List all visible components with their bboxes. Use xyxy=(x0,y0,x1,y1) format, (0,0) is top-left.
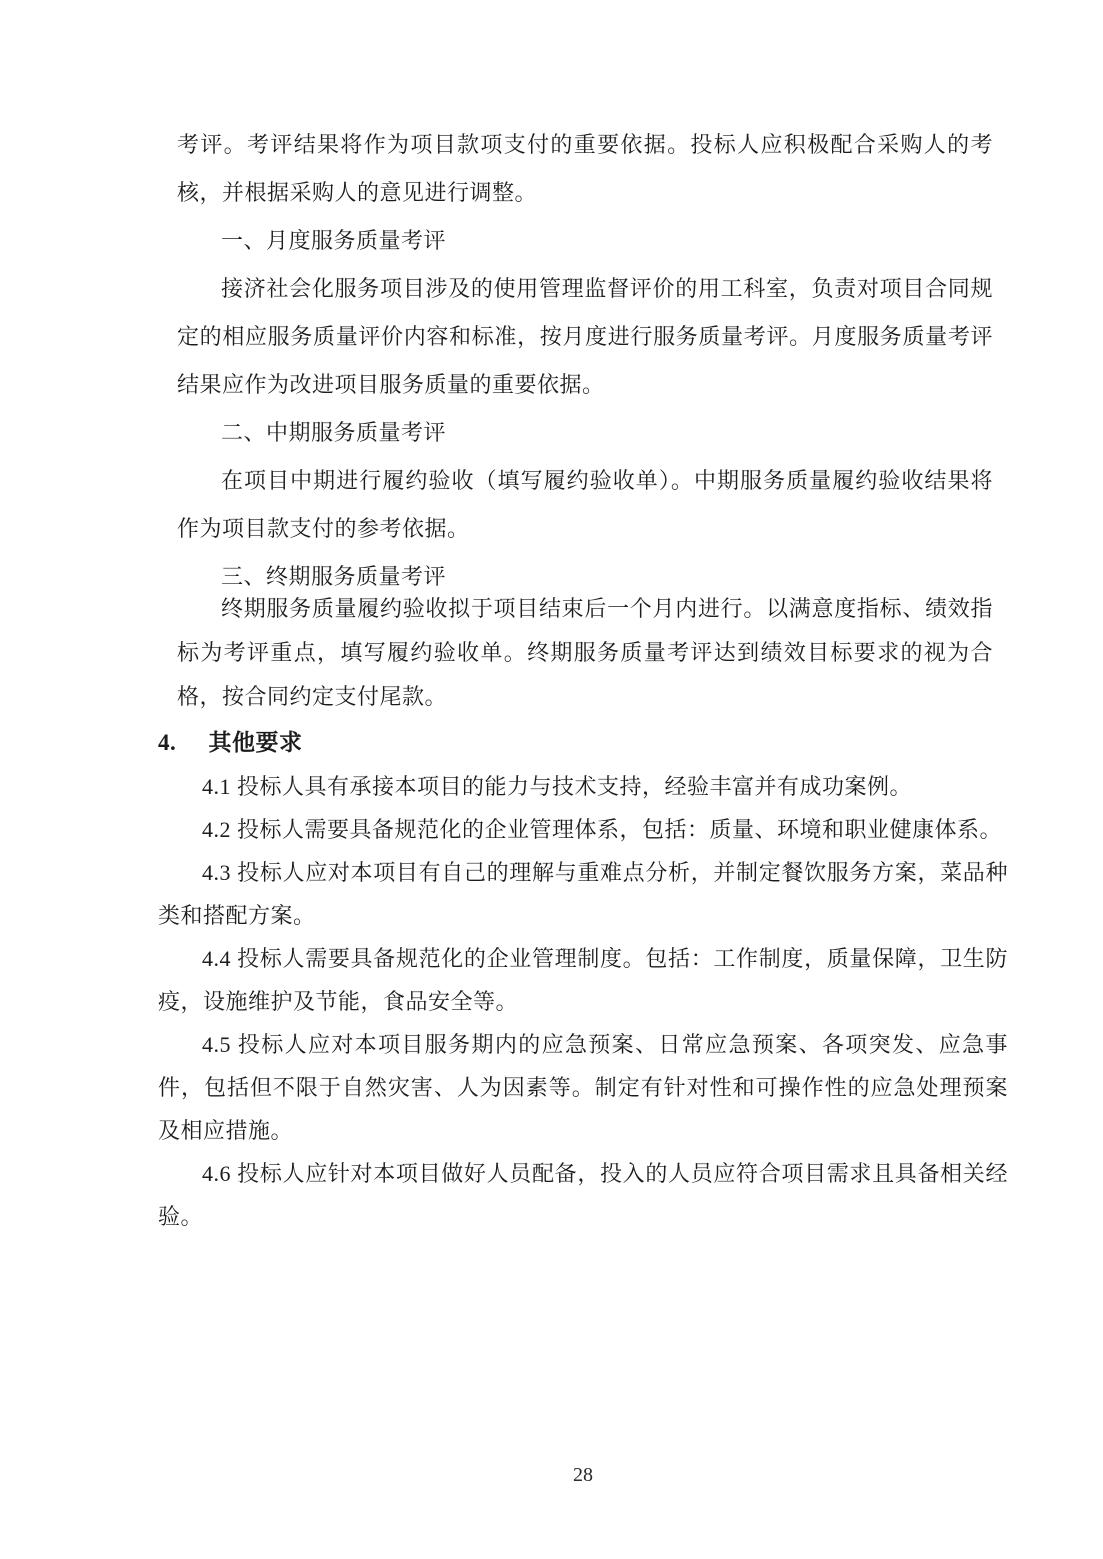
requirement-item-4-5: 4.5 投标人应对本项目服务期内的应急预案、日常应急预案、各项突发、应急事件，包… xyxy=(158,1023,1008,1152)
section-heading: 4. 其他要求 xyxy=(158,721,1008,765)
requirement-item-4-6: 4.6 投标人应针对本项目做好人员配备，投入的人员应符合项目需求且具备相关经验。 xyxy=(158,1152,1008,1238)
paragraph-final-review: 终期服务质量履约验收拟于项目结束后一个月内进行。以满意度指标、绩效指标为考评重点… xyxy=(177,587,993,719)
paragraph-midterm-review: 在项目中期进行履约验收（填写履约验收单）。中期服务质量履约验收结果将作为项目款支… xyxy=(177,457,993,553)
paragraph-monthly-review: 接济社会化服务项目涉及的使用管理监督评价的用工科室，负责对项目合同规定的相应服务… xyxy=(177,265,993,409)
document-page: 考评。考评结果将作为项目款项支付的重要依据。投标人应积极配合采购人的考核，并根据… xyxy=(0,0,1103,1559)
requirement-item-4-1: 4.1 投标人具有承接本项目的能力与技术支持，经验丰富并有成功案例。 xyxy=(158,765,1008,808)
quality-review-section: 考评。考评结果将作为项目款项支付的重要依据。投标人应积极配合采购人的考核，并根据… xyxy=(177,121,993,719)
page-number: 28 xyxy=(158,1462,1008,1488)
section-number: 4. xyxy=(158,721,176,765)
section-title: 其他要求 xyxy=(209,730,303,755)
requirement-item-4-4: 4.4 投标人需要具备规范化的企业管理制度。包括：工作制度，质量保障，卫生防疫，… xyxy=(158,937,1008,1023)
subheading-midterm-review: 二、中期服务质量考评 xyxy=(177,409,993,457)
requirement-item-4-2: 4.2 投标人需要具备规范化的企业管理体系，包括：质量、环境和职业健康体系。 xyxy=(158,808,1008,851)
paragraph-continuation: 考评。考评结果将作为项目款项支付的重要依据。投标人应积极配合采购人的考核，并根据… xyxy=(177,121,993,217)
other-requirements-section: 4. 其他要求 4.1 投标人具有承接本项目的能力与技术支持，经验丰富并有成功案… xyxy=(158,721,1008,1238)
subheading-monthly-review: 一、月度服务质量考评 xyxy=(177,217,993,265)
requirement-item-4-3: 4.3 投标人应对本项目有自己的理解与重难点分析，并制定餐饮服务方案，菜品种类和… xyxy=(158,851,1008,937)
